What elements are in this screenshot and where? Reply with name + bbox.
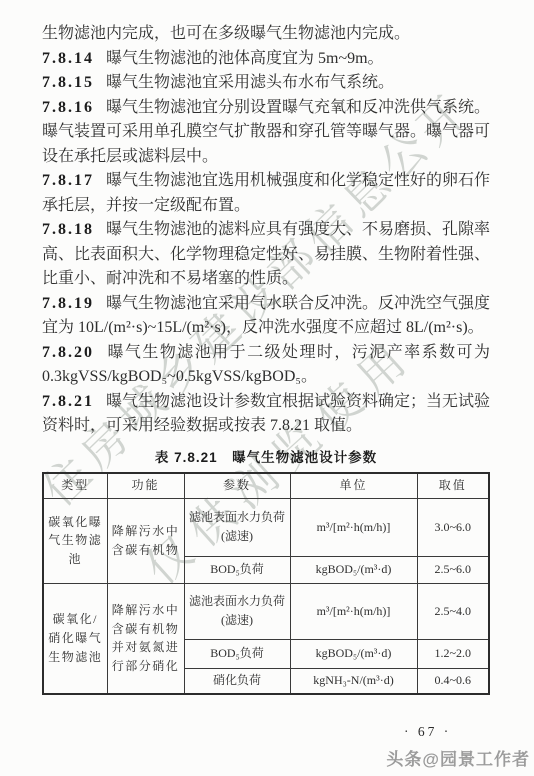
section-number: 7.8.19 xyxy=(42,295,94,312)
paragraph-continuation: 生物滤池内完成，也可在多级曝气生物滤池内完成。 xyxy=(42,22,490,47)
document-page: 住房城乡建设部信息公开 仅供浏览使用 生物滤池内完成，也可在多级曝气生物滤池内完… xyxy=(0,0,534,776)
section-number: 7.8.14 xyxy=(42,50,94,67)
table-row: 碳氧化曝气生物滤池 降解污水中含碳有机物 滤池表面水力负荷(滤速) m³/[m²… xyxy=(43,498,489,556)
column-header-function: 功能 xyxy=(107,473,184,499)
cell-parameter: 滤池表面水力负荷(滤速) xyxy=(184,583,290,639)
paragraph-7-8-20: 7.8.20曝气生物滤池用于二级处理时，污泥产率系数可为 0.3kgVSS/kg… xyxy=(42,341,490,390)
section-number: 7.8.17 xyxy=(42,172,94,189)
document-content: 生物滤池内完成，也可在多级曝气生物滤池内完成。 7.8.14曝气生物滤池的池体高… xyxy=(42,22,490,695)
column-header-value: 取值 xyxy=(417,473,489,499)
table-header-row: 类型 功能 参数 单位 取值 xyxy=(43,473,489,499)
cell-parameter: 硝化负荷 xyxy=(184,668,290,694)
cell-unit: kgBOD₅/(m³·d) xyxy=(290,639,417,668)
paragraph-text: 曝气生物滤池宜分别设置曝气充氧和反冲洗供气系统。曝气装置可采用单孔膜空气扩散器和… xyxy=(42,99,490,165)
column-header-parameter: 参数 xyxy=(184,473,290,499)
page-number: · 67 · xyxy=(404,724,451,740)
cell-type-nitrification: 碳氧化/硝化曝气生物滤池 xyxy=(43,583,107,694)
paragraph-7-8-18: 7.8.18曝气生物滤池的滤料应具有强度大、不易磨损、孔隙率高、比表面积大、化学… xyxy=(42,218,490,292)
paragraph-text: 曝气生物滤池的池体高度宜为 5m~9m。 xyxy=(106,50,384,67)
section-number: 7.8.18 xyxy=(42,221,94,238)
cell-parameter: BOD₅负荷 xyxy=(184,639,290,668)
paragraph-7-8-15: 7.8.15曝气生物滤池宜采用滤头布水布气系统。 xyxy=(42,71,490,96)
cell-value: 3.0~6.0 xyxy=(417,498,489,556)
column-header-type: 类型 xyxy=(43,473,107,499)
cell-function-nitrification: 降解污水中含碳有机物并对氨氮进行部分硝化 xyxy=(107,583,184,694)
paragraph-text: 曝气生物滤池宜采用气水联合反冲洗。反冲洗空气强度宜为 10L/(m²·s)~15… xyxy=(42,295,490,337)
section-number: 7.8.21 xyxy=(42,393,94,410)
paragraph-text: 曝气生物滤池设计参数宜根据试验资料确定；当无试验资料时，可采用经验数据或按表 7… xyxy=(42,393,490,435)
paragraph-7-8-14: 7.8.14曝气生物滤池的池体高度宜为 5m~9m。 xyxy=(42,47,490,72)
paragraph-text: 曝气生物滤池宜采用滤头布水布气系统。 xyxy=(106,74,394,91)
design-parameters-table: 类型 功能 参数 单位 取值 碳氧化曝气生物滤池 降解污水中含碳有机物 滤池表面… xyxy=(42,472,490,696)
credit-watermark: 头条@园景工作者 xyxy=(386,745,530,770)
cell-unit: kgNH₃-N/(m³·d) xyxy=(290,668,417,694)
cell-unit: kgBOD₅/(m³·d) xyxy=(290,556,417,583)
cell-value: 2.5~4.0 xyxy=(417,583,489,639)
cell-unit: m³/[m²·h(m/h)] xyxy=(290,583,417,639)
paragraph-7-8-17: 7.8.17曝气生物滤池宜选用机械强度和化学稳定性好的卵石作承托层，并按一定级配… xyxy=(42,169,490,218)
column-header-unit: 单位 xyxy=(290,473,417,499)
paragraph-text: 曝气生物滤池的滤料应具有强度大、不易磨损、孔隙率高、比表面积大、化学物理稳定性好… xyxy=(42,221,490,287)
cell-value: 1.2~2.0 xyxy=(417,639,489,668)
section-number: 7.8.16 xyxy=(42,99,94,116)
paragraph-text: 曝气生物滤池宜选用机械强度和化学稳定性好的卵石作承托层，并按一定级配布置。 xyxy=(42,172,490,214)
cell-type-carbon-oxidation: 碳氧化曝气生物滤池 xyxy=(43,498,107,583)
cell-function-carbon-oxidation: 降解污水中含碳有机物 xyxy=(107,498,184,583)
paragraph-text: 曝气生物滤池用于二级处理时，污泥产率系数可为 0.3kgVSS/kgBOD₅~0… xyxy=(42,344,490,386)
paragraph-7-8-16: 7.8.16曝气生物滤池宜分别设置曝气充氧和反冲洗供气系统。曝气装置可采用单孔膜… xyxy=(42,96,490,170)
section-number: 7.8.15 xyxy=(42,74,94,91)
table-row: 碳氧化/硝化曝气生物滤池 降解污水中含碳有机物并对氨氮进行部分硝化 滤池表面水力… xyxy=(43,583,489,639)
paragraph-7-8-19: 7.8.19曝气生物滤池宜采用气水联合反冲洗。反冲洗空气强度宜为 10L/(m²… xyxy=(42,292,490,341)
section-number: 7.8.20 xyxy=(42,344,94,361)
table-caption: 表 7.8.21 曝气生物滤池设计参数 xyxy=(42,446,490,466)
cell-value: 2.5~6.0 xyxy=(417,556,489,583)
cell-parameter: 滤池表面水力负荷(滤速) xyxy=(184,498,290,556)
cell-parameter: BOD₅负荷 xyxy=(184,556,290,583)
paragraph-text: 生物滤池内完成，也可在多级曝气生物滤池内完成。 xyxy=(42,25,410,42)
cell-value: 0.4~0.6 xyxy=(417,668,489,694)
paragraph-7-8-21: 7.8.21曝气生物滤池设计参数宜根据试验资料确定；当无试验资料时，可采用经验数… xyxy=(42,390,490,439)
cell-unit: m³/[m²·h(m/h)] xyxy=(290,498,417,556)
